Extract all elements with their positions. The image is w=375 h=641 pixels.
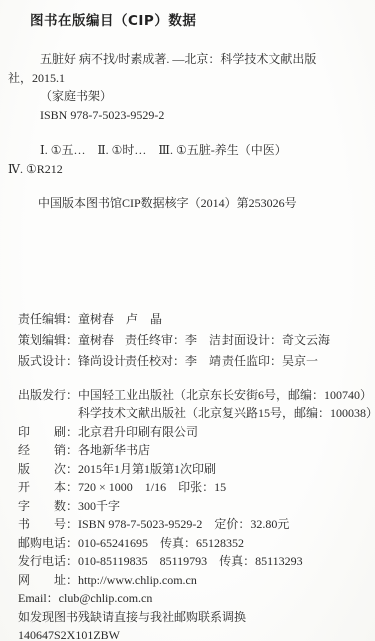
pub-line-publisher-2: 科学技术文献出版社（北京复兴路15号，邮编：100038） (18, 404, 369, 423)
pub-line-printer: 印 刷：北京君升印刷有限公司 (18, 423, 369, 442)
staff-credits: 责任编辑：童树春 卢 晶 策划编辑：童树春 责任终审：李 洁 封面设计：奇文云海… (18, 309, 375, 372)
copyright-page: 图书在版编目（CIP）数据 五脏好 病不找/时素成著. —北京：科学技术文献出版… (0, 0, 375, 641)
cip-record: 五脏好 病不找/时素成著. —北京：科学技术文献出版 社，2015.1 （家庭书… (0, 50, 375, 213)
publishing-details: 出版发行：中国轻工业出版社（北京东长安街6号，邮编：100740） 科学技术文献… (18, 386, 369, 641)
staff-row-3: 版式设计：锋尚设计 责任校对：李 靖 责任监印：吴京一 (18, 351, 375, 372)
pub-line-distribution-phone: 发行电话：010-85119835 85119793 传真：85113293 (18, 552, 369, 571)
print-supervisor: 责任监印：吴京一 (222, 351, 318, 372)
responsible-editor-value: 童树春 卢 晶 (78, 309, 162, 330)
cip-isbn: ISBN 978-7-5023-9529-2 (8, 106, 365, 125)
website-url: http://www.chlip.com.cn (78, 573, 197, 587)
pub-line-mail-order-phone: 邮购电话：010-65241695 传真：65128352 (18, 534, 369, 553)
cip-classification-line-1: Ⅰ. ①五… Ⅱ. ①时… Ⅲ. ①五脏-养生（中医） (8, 141, 365, 160)
proofreader: 责任校对：李 靖 (125, 351, 222, 372)
staff-row-2: 策划编辑：童树春 责任终审：李 洁 封面设计：奇文云海 (18, 330, 375, 351)
responsible-editor-label: 责任编辑： (18, 309, 78, 330)
cover-designer: 封面设计：奇文云海 (222, 330, 330, 351)
planning-editor: 策划编辑：童树春 (18, 330, 125, 351)
cip-heading: 图书在版编目（CIP）数据 (30, 0, 375, 29)
cip-title-line-2: 社，2015.1 (8, 69, 365, 88)
cip-series: （家庭书架） (8, 87, 365, 106)
email-address: club@chlip.com.cn (59, 591, 153, 605)
cip-classification-line-2: Ⅳ. ①R212 (8, 160, 365, 179)
layout-designer: 版式设计：锋尚设计 (18, 351, 125, 372)
cip-title-line-1: 五脏好 病不找/时素成著. —北京：科学技术文献出版 (8, 50, 365, 69)
staff-row-editor: 责任编辑：童树春 卢 晶 (18, 309, 375, 330)
cip-registration-number: 中国版本图书馆CIP数据核字（2014）第253026号 (8, 194, 365, 213)
pub-line-product-code: 140647S2X101ZBW (18, 626, 369, 641)
pub-line-return-notice: 如发现图书残缺请直接与我社邮购联系调换 (18, 608, 369, 627)
final-reviewer: 责任终审：李 洁 (125, 330, 222, 351)
pub-line-edition: 版 次：2015年1月第1版第1次印刷 (18, 460, 369, 479)
pub-line-email: Email：club@chlip.com.cn (18, 589, 369, 608)
pub-line-format: 开 本：720 × 1000 1/16 印张：15 (18, 478, 369, 497)
pub-line-distributor: 经 销：各地新华书店 (18, 441, 369, 460)
pub-line-book-number: 书 号：ISBN 978-7-5023-9529-2 定价：32.80元 (18, 515, 369, 534)
pub-line-word-count: 字 数：300千字 (18, 497, 369, 516)
pub-line-publisher: 出版发行：中国轻工业出版社（北京东长安街6号，邮编：100740） (18, 386, 369, 405)
pub-line-website: 网 址：http://www.chlip.com.cn (18, 571, 369, 590)
